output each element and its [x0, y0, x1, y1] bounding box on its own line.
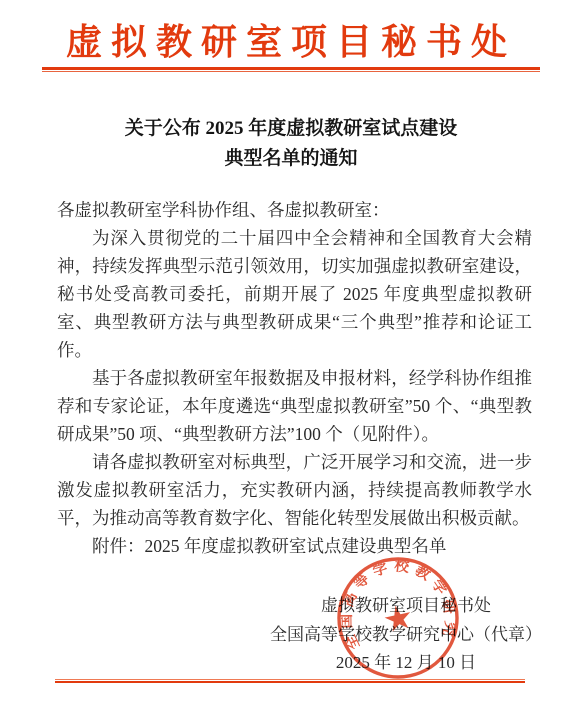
divider-thin-line	[42, 71, 540, 72]
letterhead-title: 虚拟教研室项目秘书处	[0, 14, 582, 65]
body-paragraph: 基于各虚拟教研室年报数据及申报材料，经学科协作组推荐和专家论证，本年度遴选“典型…	[57, 364, 532, 448]
letterhead-divider	[42, 67, 540, 72]
body-paragraph: 请各虚拟教研室对标典型，广泛开展学习和交流，进一步激发虚拟教研室活力，充实教研内…	[57, 448, 532, 532]
signature-block: 虚拟教研室项目秘书处 全国高等学校教学研究中心（代章） 2025 年 12 月 …	[230, 592, 582, 678]
signature-org: 虚拟教研室项目秘书处	[230, 592, 582, 621]
document-title-line2: 典型名单的通知	[40, 144, 542, 174]
footer-thick-line	[55, 681, 525, 683]
document-title: 关于公布 2025 年度虚拟教研室试点建设 典型名单的通知	[40, 114, 542, 174]
document-title-line1: 关于公布 2025 年度虚拟教研室试点建设	[40, 114, 542, 144]
document-body: 各虚拟教研室学科协作组、各虚拟教研室： 为深入贯彻党的二十届四中全会精神和全国教…	[57, 196, 532, 560]
salutation: 各虚拟教研室学科协作组、各虚拟教研室：	[57, 196, 532, 224]
signature-org-seal-holder: 全国高等学校教学研究中心（代章）	[230, 621, 582, 650]
footer-divider	[55, 679, 525, 683]
attachment-line: 附件：2025 年度虚拟教研室试点建设典型名单	[57, 532, 532, 560]
signature-date: 2025 年 12 月 10 日	[230, 649, 582, 678]
body-paragraph: 为深入贯彻党的二十届四中全会精神和全国教育大会精神，持续发挥典型示范引领效用，切…	[57, 224, 532, 364]
official-notice-document: 虚拟教研室项目秘书处 关于公布 2025 年度虚拟教研室试点建设 典型名单的通知…	[0, 0, 582, 720]
letterhead: 虚拟教研室项目秘书处	[0, 14, 582, 65]
